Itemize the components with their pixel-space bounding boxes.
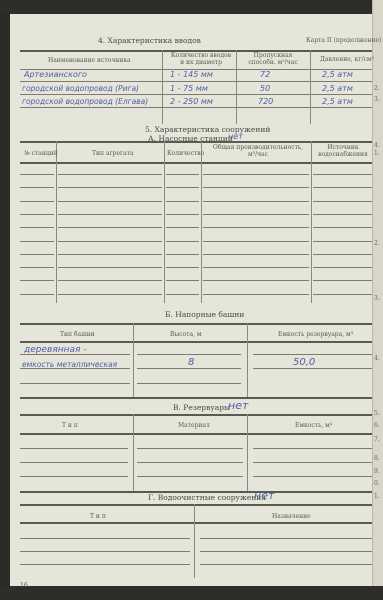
margin-number: 8. [374,455,380,462]
table-divider [133,414,134,492]
table-rule [166,187,199,188]
table-divider [310,50,311,124]
table-rule [20,294,54,295]
table-rule [20,141,372,143]
table-divider [236,50,237,124]
table-rule [313,214,372,215]
tower-height-cell: 8 [188,357,194,368]
table-rule [203,214,309,215]
table-rule [20,81,160,82]
table-rule [20,433,372,435]
margin-number: 3. [374,295,380,302]
margin-number: 2. [374,240,380,247]
table-rule [203,187,309,188]
table-rule [137,383,241,384]
col-header-source: Наименование источника [48,57,131,64]
table-rule [203,267,309,268]
count-cell: 1 - 145 мм [170,70,213,79]
table-rule [253,354,372,355]
margin-number: 9. [374,468,380,475]
col-header-capacity: Пропускная способн. м³/час [240,52,306,66]
capacity-cell: 72 [260,70,270,79]
margin-number: 3. [374,96,380,103]
table-rule [313,187,372,188]
table-rule [203,174,309,175]
margin-number: 1. [374,493,380,500]
page-number: 16 [20,582,28,589]
table-rule [20,214,54,215]
capacity-cell: 50 [260,84,270,93]
col-header-unit-type: Тип агрегата [92,150,134,157]
scan-top-border [0,0,383,14]
col-header-purpose: Назначение [272,513,311,520]
col-header-station: № станций [24,150,58,157]
table-rule [166,294,199,295]
table-rule [166,254,199,255]
table-rule [58,267,162,268]
col-header-type: Т и п [62,422,78,429]
table-rule [166,174,199,175]
table-rule [203,254,309,255]
margin-number: 2. [374,85,380,92]
table-rule [166,201,199,202]
source-cell: Артезианского [24,70,87,79]
table-rule [200,564,372,565]
pressure-cell: 2,5 атм [322,84,353,93]
table-rule [166,227,199,228]
col-header-material: Материал [178,422,210,429]
table-rule [20,254,54,255]
table-rule [253,368,372,369]
table-rule [137,476,243,477]
col-header-type: Т и п [90,513,106,520]
table-rule [20,448,128,449]
col-header-pressure: Давление, кг/см² [320,56,374,63]
table-rule [313,241,372,242]
table-rule [166,267,199,268]
table-rule [58,201,162,202]
table-rule [253,448,372,449]
col-header-count: Количество вводов и их диаметр [170,52,232,66]
table-rule [313,254,372,255]
scan-bottom-border [0,586,383,600]
table-rule [166,214,199,215]
table-rule [58,174,162,175]
table-rule [20,280,54,281]
table-rule [58,214,162,215]
table-rule [313,227,372,228]
margin-number: 0. [374,480,380,487]
table-divider [194,504,195,578]
table-divider [311,141,312,303]
table-rule [166,280,199,281]
table-rule [200,538,372,539]
table-rule [20,187,54,188]
col-header-height: Высота, м [170,331,202,338]
table-rule [313,201,372,202]
table-rule [58,280,162,281]
table-rule [203,294,309,295]
count-cell: 1 - 75 мм [170,84,208,93]
table-rule [203,227,309,228]
table-rule [20,323,372,325]
pressure-cell: 2,5 атм [322,70,353,79]
table-rule [166,241,199,242]
reservoirs-note: нет [228,399,248,412]
table-divider [56,141,57,303]
table-rule [200,551,372,552]
table-rule [58,294,162,295]
col-header-quantity: Количество [167,150,204,157]
table-divider [247,414,248,492]
table-rule [20,476,128,477]
table-rule [137,462,243,463]
col-header-tank-capacity: Емкость резервуара, м³ [278,331,353,338]
table-rule [20,227,54,228]
margin-number: 4. [374,142,380,149]
tower-type-cell: деревянная - [24,345,87,355]
table-divider [247,323,248,397]
table-rule [20,462,128,463]
table-rule [20,267,54,268]
section4-title: 4. Характеристика вводов [98,36,201,45]
table-rule [203,280,309,281]
col-header-capacity: Емкость, м³ [295,422,332,429]
col-header-water-source: Источник водоснабжения [316,144,370,158]
table-rule [313,280,372,281]
card-label: Карта II (продолжение) [306,37,381,44]
table-rule [313,294,372,295]
margin-number: 5. [374,410,380,417]
table-rule [20,538,190,539]
table-rule [313,174,372,175]
table-rule [253,462,372,463]
table-rule [20,94,372,95]
table-divider [164,141,165,303]
pressure-cell: 2,5 атм [322,97,353,106]
margin-number: 1. [374,150,380,157]
table-rule [20,241,54,242]
margin-number: 4. [374,355,380,362]
table-rule [20,162,372,164]
margin-number: 7. [374,436,380,443]
table-rule [20,397,372,399]
tower-type-cell: емкость металлическая [22,360,117,369]
tower-capacity-cell: 50,0 [293,357,315,368]
table-rule [20,201,54,202]
table-rule [20,174,54,175]
table-divider [133,323,134,397]
table-rule [20,107,372,108]
table-rule [137,354,241,355]
table-rule [160,81,372,82]
table-rule [20,551,190,552]
section5-title: 5. Характеристика сооружений [145,125,270,134]
table-rule [58,187,162,188]
towers-title: Б. Напорные башни [165,310,244,319]
table-rule [203,241,309,242]
table-rule [58,241,162,242]
table-rule [58,254,162,255]
table-rule [313,267,372,268]
col-header-total-capacity: Общая производительность, м³/час [210,144,306,158]
cleaning-title: Г. Водоочистные сооружения [148,493,266,502]
reservoirs-title: В. Резервуары [173,403,230,412]
source-cell: городской водопровод (Елгава) [22,97,148,106]
table-rule [203,201,309,202]
table-rule [137,368,241,369]
table-rule [20,414,372,416]
table-rule [20,522,372,524]
count-cell: 2 - 250 мм [170,97,213,106]
table-rule [253,476,372,477]
table-divider [201,141,202,303]
table-rule [137,448,243,449]
margin-number: 6. [374,422,380,429]
table-rule [58,227,162,228]
pump-stations-note: нет [228,132,243,141]
table-rule [20,564,190,565]
cleaning-note: нет [254,489,274,502]
table-rule [20,504,372,506]
table-rule [20,341,372,343]
source-cell: городской водопровод (Рига) [22,84,139,93]
capacity-cell: 720 [258,97,273,106]
table-rule [20,383,130,384]
table-divider [162,50,163,124]
col-header-tower-type: Тип башни [60,331,95,338]
